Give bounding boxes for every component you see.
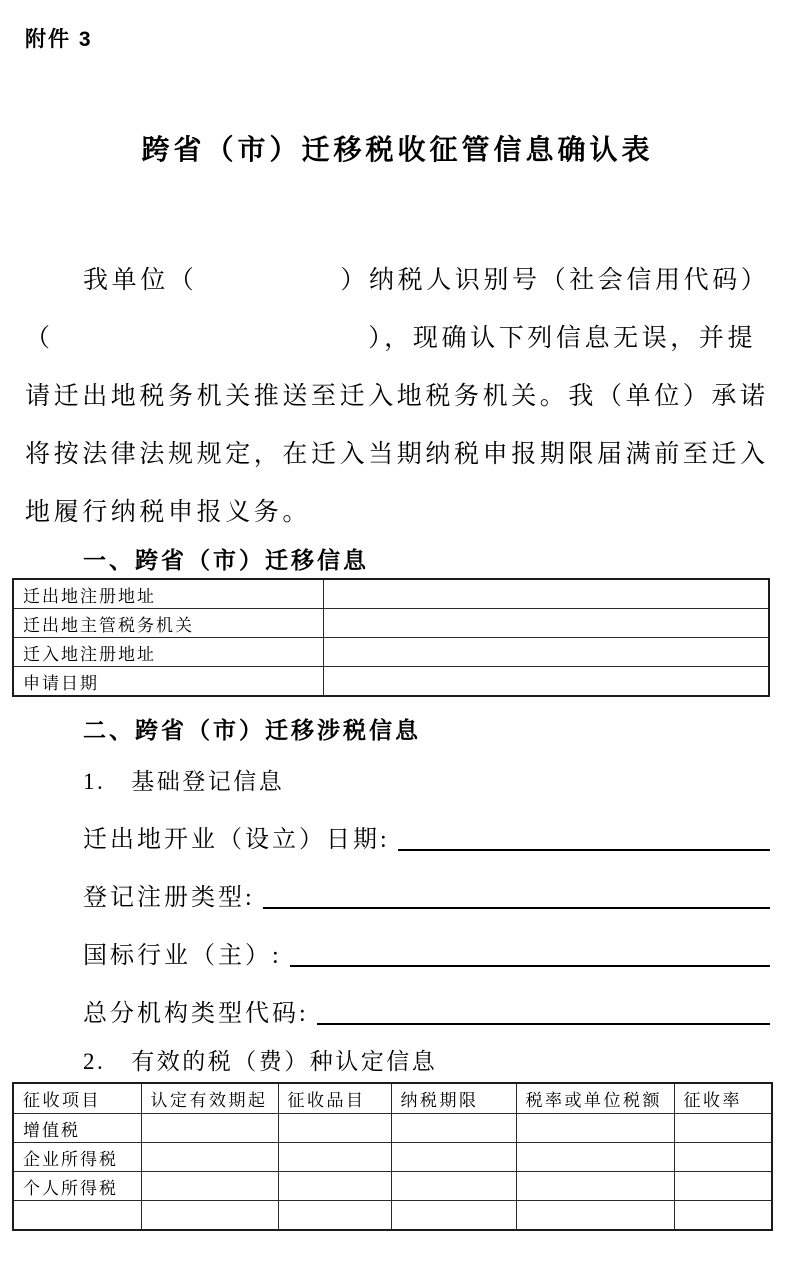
column-header: 征收品目 bbox=[278, 1083, 391, 1114]
empty-cell bbox=[278, 1143, 391, 1172]
fill-in-blank bbox=[317, 1023, 770, 1025]
empty-cell bbox=[516, 1114, 674, 1143]
field-label: 总分机构类型代码: bbox=[83, 999, 309, 1029]
table-header-row: 征收项目 认定有效期起 征收品目 纳税期限 税率或单位税额 征收率 bbox=[13, 1083, 772, 1114]
empty-cell bbox=[391, 1143, 516, 1172]
row-value-cell bbox=[324, 667, 770, 697]
migration-info-table: 迁出地注册地址 迁出地主管税务机关 迁入地注册地址 申请日期 bbox=[12, 578, 770, 697]
empty-cell bbox=[391, 1114, 516, 1143]
column-header: 征收率 bbox=[674, 1083, 772, 1114]
table-row bbox=[13, 1201, 772, 1231]
empty-cell bbox=[674, 1114, 772, 1143]
row-label: 迁入地注册地址 bbox=[13, 638, 324, 667]
field-label: 迁出地开业（设立）日期: bbox=[83, 825, 390, 855]
empty-cell bbox=[278, 1201, 391, 1231]
empty-cell bbox=[278, 1114, 391, 1143]
empty-cell bbox=[391, 1172, 516, 1201]
row-label: 企业所得税 bbox=[13, 1143, 141, 1172]
field-label: 登记注册类型: bbox=[83, 883, 255, 913]
document-page: 附件 3 跨省（市）迁移税收征管信息确认表 我单位（ ）纳税人识别号（社会信用代… bbox=[0, 0, 795, 1277]
fill-in-blank bbox=[290, 965, 770, 967]
section-2-heading: 二、跨省（市）迁移涉税信息 bbox=[83, 715, 795, 745]
row-label: 增值税 bbox=[13, 1114, 141, 1143]
subsection-number: 2. bbox=[83, 1049, 105, 1074]
field-establish-date: 迁出地开业（设立）日期: bbox=[83, 825, 770, 855]
table-row: 迁出地主管税务机关 bbox=[13, 609, 769, 638]
column-header: 征收项目 bbox=[13, 1083, 141, 1114]
row-label: 个人所得税 bbox=[13, 1172, 141, 1201]
row-value-cell bbox=[324, 638, 770, 667]
table-row: 迁出地注册地址 bbox=[13, 579, 769, 609]
subsection-label: 基础登记信息 bbox=[131, 769, 284, 794]
declaration-line: 请迁出地税务机关推送至迁入地税务机关。我（单位）承诺 bbox=[25, 368, 770, 426]
empty-cell bbox=[674, 1172, 772, 1201]
declaration-line: （ ），现确认下列信息无误，并提 bbox=[25, 310, 770, 368]
attachment-label: 附件 3 bbox=[25, 25, 795, 55]
declaration-paragraph: 我单位（ ）纳税人识别号（社会信用代码） （ ），现确认下列信息无误，并提 请迁… bbox=[25, 252, 770, 542]
row-value-cell bbox=[324, 579, 770, 609]
row-label: 迁出地注册地址 bbox=[13, 579, 324, 609]
empty-cell bbox=[141, 1201, 278, 1231]
subsection-label: 有效的税（费）种认定信息 bbox=[131, 1049, 437, 1074]
document-title: 跨省（市）迁移税收征管信息确认表 bbox=[0, 130, 795, 172]
field-registration-type: 登记注册类型: bbox=[83, 883, 770, 913]
fill-in-blank bbox=[398, 849, 770, 851]
table-row: 个人所得税 bbox=[13, 1172, 772, 1201]
empty-cell bbox=[516, 1172, 674, 1201]
empty-cell bbox=[391, 1201, 516, 1231]
fill-in-blank bbox=[263, 907, 770, 909]
declaration-line: 我单位（ ）纳税人识别号（社会信用代码） bbox=[25, 252, 770, 310]
row-label bbox=[13, 1201, 141, 1231]
table-row: 企业所得税 bbox=[13, 1143, 772, 1172]
field-org-type-code: 总分机构类型代码: bbox=[83, 999, 770, 1029]
declaration-line: 地履行纳税申报义务。 bbox=[25, 484, 770, 542]
column-header: 税率或单位税额 bbox=[516, 1083, 674, 1114]
empty-cell bbox=[141, 1114, 278, 1143]
column-header: 认定有效期起 bbox=[141, 1083, 278, 1114]
subsection-2-heading: 2.有效的税（费）种认定信息 bbox=[83, 1047, 795, 1077]
tax-type-table: 征收项目 认定有效期起 征收品目 纳税期限 税率或单位税额 征收率 增值税 企业… bbox=[12, 1082, 773, 1231]
declaration-line: 将按法律法规规定，在迁入当期纳税申报期限届满前至迁入 bbox=[25, 426, 770, 484]
empty-cell bbox=[516, 1143, 674, 1172]
row-label: 迁出地主管税务机关 bbox=[13, 609, 324, 638]
column-header: 纳税期限 bbox=[391, 1083, 516, 1114]
subsection-number: 1. bbox=[83, 769, 105, 794]
empty-cell bbox=[278, 1172, 391, 1201]
row-label: 申请日期 bbox=[13, 667, 324, 697]
empty-cell bbox=[674, 1201, 772, 1231]
empty-cell bbox=[141, 1143, 278, 1172]
empty-cell bbox=[516, 1201, 674, 1231]
field-industry: 国标行业（主）: bbox=[83, 941, 770, 971]
subsection-1-heading: 1.基础登记信息 bbox=[83, 767, 795, 797]
empty-cell bbox=[141, 1172, 278, 1201]
table-row: 增值税 bbox=[13, 1114, 772, 1143]
table-row: 申请日期 bbox=[13, 667, 769, 697]
field-label: 国标行业（主）: bbox=[83, 941, 282, 971]
row-value-cell bbox=[324, 609, 770, 638]
section-1-heading: 一、跨省（市）迁移信息 bbox=[83, 545, 795, 575]
table-row: 迁入地注册地址 bbox=[13, 638, 769, 667]
empty-cell bbox=[674, 1143, 772, 1172]
